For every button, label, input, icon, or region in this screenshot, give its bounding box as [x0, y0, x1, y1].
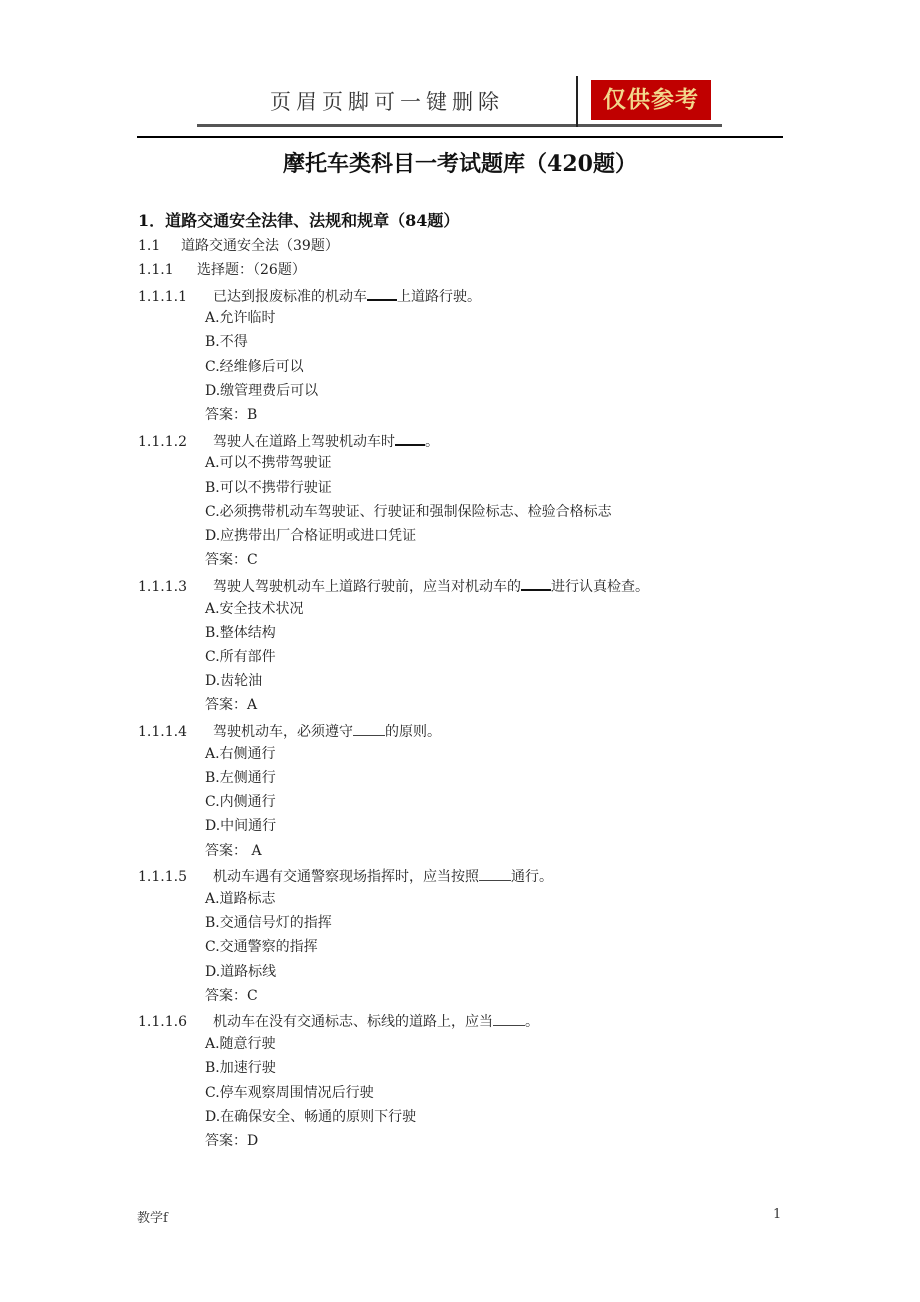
question-number: 1.1.1.6: [138, 1013, 213, 1031]
answer-option: B.交通信号灯的指挥: [205, 914, 332, 932]
reference-only-badge: 仅供参考: [591, 80, 711, 120]
answer-option: B.加速行驶: [205, 1059, 276, 1077]
page-number: 1: [773, 1207, 781, 1222]
answer-key: 答案：B: [205, 406, 257, 424]
answer-option: C.所有部件: [205, 648, 276, 666]
answer-option: D.缴管理费后可以: [205, 382, 318, 400]
question-text-after: 进行认真检查。: [551, 579, 649, 595]
subsection-title: 选择题：（26题）: [197, 262, 306, 278]
question-text-before: 机动车在没有交通标志、标线的道路上，应当: [213, 1014, 493, 1030]
answer-option: D.在确保安全、畅通的原则下行驶: [205, 1108, 416, 1126]
subsection-heading: 1.1.1选择题：（26题）: [138, 261, 306, 279]
answer-option: B.整体结构: [205, 624, 276, 642]
document-page: 页眉页脚可一键删除 仅供参考 摩托车类科目一考试题库（420题） 1．道路交通安…: [0, 0, 920, 1302]
question-number: 1.1.1.5: [138, 868, 213, 886]
question-text-after: 。: [525, 1014, 539, 1030]
answer-key: 答案：C: [205, 551, 258, 569]
question-stem: 1.1.1.4驾驶机动车，必须遵守的原则。: [138, 721, 441, 741]
answer-option: C.经维修后可以: [205, 358, 304, 376]
answer-option: A.安全技术状况: [205, 600, 304, 618]
question-text-after: 通行。: [511, 869, 553, 885]
answer-blank: [353, 721, 385, 736]
answer-option: A.允许临时: [205, 309, 276, 327]
answer-option: C.内侧通行: [205, 793, 276, 811]
header-divider: [576, 76, 578, 127]
question-number: 1.1.1.2: [138, 433, 213, 451]
answer-blank: [479, 866, 511, 881]
answer-option: A.道路标志: [205, 890, 276, 908]
question-text-before: 驾驶人在道路上驾驶机动车时: [213, 434, 395, 450]
question-stem: 1.1.1.1已达到报废标准的机动车上道路行驶。: [138, 285, 481, 306]
answer-key: 答案：A: [205, 696, 257, 714]
section-title: 道路交通安全法（39题）: [181, 238, 339, 254]
answer-option: B.不得: [205, 333, 248, 351]
answer-option: B.可以不携带行驶证: [205, 479, 332, 497]
question-text-before: 驾驶人驾驶机动车上道路行驶前，应当对机动车的: [213, 579, 521, 595]
question-text-before: 已达到报废标准的机动车: [213, 289, 367, 305]
answer-option: D.道路标线: [205, 963, 276, 981]
section-number: 1.1: [138, 237, 181, 255]
header-rule: [137, 136, 783, 138]
answer-option: C.停车观察周围情况后行驶: [205, 1084, 374, 1102]
answer-option: A.随意行驶: [205, 1035, 276, 1053]
question-number: 1.1.1.1: [138, 288, 213, 306]
question-stem: 1.1.1.2驾驶人在道路上驾驶机动车时。: [138, 430, 439, 451]
header-underline: [197, 124, 722, 127]
answer-option: B.左侧通行: [205, 769, 276, 787]
question-stem: 1.1.1.6机动车在没有交通标志、标线的道路上，应当。: [138, 1011, 539, 1031]
question-stem: 1.1.1.5机动车遇有交通警察现场指挥时，应当按照通行。: [138, 866, 553, 886]
question-number: 1.1.1.4: [138, 723, 213, 741]
question-text-after: 的原则。: [385, 724, 441, 740]
header-banner-text: 页眉页脚可一键删除: [270, 86, 504, 116]
answer-key: 答案：D: [205, 1132, 258, 1150]
chapter-heading: 1．道路交通安全法律、法规和规章（84题）: [138, 212, 459, 230]
footer-text: 教学f: [137, 1207, 168, 1226]
section-heading: 1.1道路交通安全法（39题）: [138, 237, 339, 255]
answer-key: 答案： A: [205, 842, 262, 860]
answer-key: 答案：C: [205, 987, 258, 1005]
answer-option: C.必须携带机动车驾驶证、行驶证和强制保险标志、检验合格标志: [205, 503, 612, 521]
answer-blank: [367, 285, 397, 301]
question-text-before: 机动车遇有交通警察现场指挥时，应当按照: [213, 869, 479, 885]
answer-option: A.可以不携带驾驶证: [205, 454, 332, 472]
document-title: 摩托车类科目一考试题库（420题）: [0, 147, 920, 178]
answer-option: D.应携带出厂合格证明或进口凭证: [205, 527, 416, 545]
answer-blank: [493, 1011, 525, 1026]
answer-option: D.齿轮油: [205, 672, 262, 690]
answer-blank: [521, 575, 551, 591]
question-text-after: 上道路行驶。: [397, 289, 481, 305]
answer-option: A.右侧通行: [205, 745, 276, 763]
subsection-number: 1.1.1: [138, 261, 197, 279]
answer-blank: [395, 430, 425, 446]
question-text-after: 。: [425, 434, 439, 450]
question-number: 1.1.1.3: [138, 578, 213, 596]
question-text-before: 驾驶机动车，必须遵守: [213, 724, 353, 740]
question-stem: 1.1.1.3驾驶人驾驶机动车上道路行驶前，应当对机动车的进行认真检查。: [138, 575, 649, 596]
answer-option: D.中间通行: [205, 817, 276, 835]
answer-option: C.交通警察的指挥: [205, 938, 318, 956]
